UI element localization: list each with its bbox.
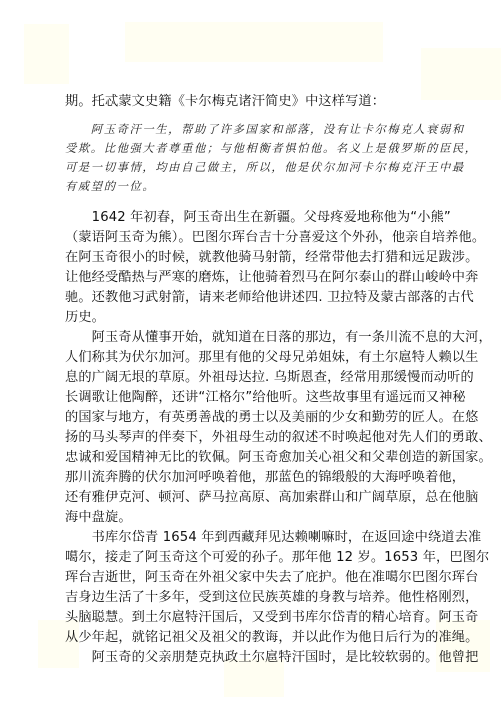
body-line: 噶尔，接走了阿玉奇这个可爱的孙子。那年他 12 岁。1653 年，巴图尔 bbox=[65, 548, 489, 567]
intro-line: 期。托忒蒙文史籍《卡尔梅克诸汗简史》中这样写道： bbox=[65, 92, 385, 111]
document-page: 期。托忒蒙文史籍《卡尔梅克诸汗简史》中这样写道： 阿玉奇汗一生，帮助了许多国家和… bbox=[0, 0, 501, 711]
body-line: 息的广阔无垠的草原。外祖母达拉. 乌斯恩查，经常用那缓慢而动听的 bbox=[65, 368, 474, 387]
body-line: 书库尔岱青 1654 年到西藏拜见达赖喇嘛时，在返回途中绕道去准 bbox=[65, 528, 481, 547]
quote-line: 有威望的一位。 bbox=[65, 178, 155, 196]
body-line: 1642 年初春，阿玉奇出生在新疆。父母疼爱地称他为“小熊” bbox=[65, 208, 451, 227]
body-line: 从少年起，就铭记祖父及祖父的教诲，并以此作为他日后行为的准绳。 bbox=[65, 628, 478, 647]
body-line: （蒙语阿玉奇为熊）。巴图尔珲台吉十分喜爱这个外孙，他亲自培养他。 bbox=[65, 228, 485, 247]
body-line: 让他经受酷热与严寒的磨炼，让他骑着烈马在阿尔泰山的群山峻岭中奔 bbox=[65, 268, 478, 287]
body-line: 那川流奔腾的伏尔加河呼唤着他，那蓝色的锦缎般的大海呼唤着他， bbox=[65, 468, 465, 487]
body-line: 在阿玉奇很小的时候，就教他骑马射箭，经常带他去打猎和远足跋涉。 bbox=[65, 248, 478, 267]
body-line: 长调歌让他陶醉，还讲“江格尔”给他听。这些故事里有遥远而又神秘 bbox=[65, 388, 466, 407]
body-line: 阿玉奇的父亲朋楚克执政土尔扈特汗国时，是比较软弱的。他曾把 bbox=[65, 648, 478, 667]
body-line: 头脑聪慧。到土尔扈特汗国后，又受到书库尔岱青的精心培育。阿玉奇 bbox=[65, 608, 478, 627]
body-line: 历史。 bbox=[65, 308, 105, 327]
quote-line: 阿玉奇汗一生，帮助了许多国家和部落，没有让卡尔梅克人衰弱和 bbox=[65, 121, 465, 139]
body-line: 吉身边生活了十多年，受到这位民族英雄的身教与培养。他性格刚烈， bbox=[65, 588, 478, 607]
body-line: 忠诚和爱国精神无比的钦佩。阿玉奇愈加关心祖父和父辈创造的新国家。 bbox=[65, 448, 492, 467]
body-line: 的国家与地方，有英勇善战的勇士以及美丽的少女和勤劳的匠人。在悠 bbox=[65, 408, 478, 427]
body-line: 驰。还教他习武射箭，请来老师给他讲述四. 卫拉特及蒙古部落的古代 bbox=[65, 288, 474, 307]
body-line: 扬的马头琴声的伴奏下，外祖母生动的叙述不时唤起他对先人们的勇敢、 bbox=[65, 428, 492, 447]
quote-line: 可是一切事情，均由自己做主，所以，他是伏尔加河卡尔梅克汗王中最 bbox=[65, 159, 465, 177]
body-line: 阿玉奇从懂事开始，就知道在日落的那边，有一条川流不息的大河， bbox=[65, 328, 492, 347]
body-line: 珲台吉逝世，阿玉奇在外祖父家中失去了庇护。他在准噶尔巴图尔珲台 bbox=[65, 568, 478, 587]
body-line: 人们称其为伏尔加河。那里有他的父母兄弟姐妹，有土尔扈特人赖以生 bbox=[65, 348, 478, 367]
body-line: 海中盘旋。 bbox=[65, 508, 132, 527]
body-line: 还有雅伊克河、顿河、萨马拉高原、高加索群山和广阔草原，总在他脑 bbox=[65, 488, 478, 507]
quote-line: 受欺。比他强大者尊重他；与他相衡者惧怕他。名义上是俄罗斯的臣民， bbox=[65, 140, 478, 158]
